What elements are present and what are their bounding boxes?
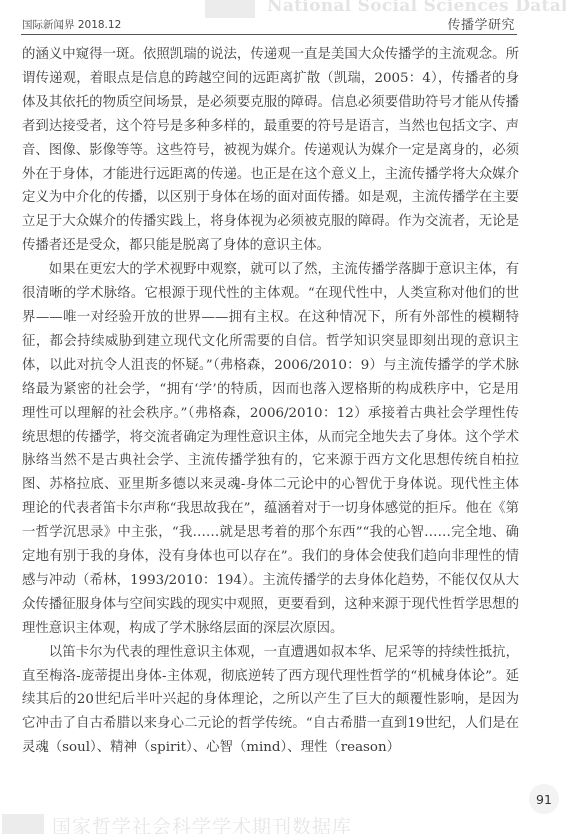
paragraph-2: 如果在更宏大的学术视野中观察，就可以了然，主流传播学落脚于意识主体，有很清晰的学… (22, 258, 519, 641)
watermark-bottom: 国家哲学社会科学学术期刊数据库 (0, 812, 400, 834)
watermark-logo-icon (2, 814, 44, 834)
section-title: 传播学研究 (447, 14, 515, 33)
journal-issue: 国际新闻界 2018.12 (22, 17, 121, 32)
running-header: 国际新闻界 2018.12 传播学研究 (21, 14, 517, 35)
page-number: 91 (529, 784, 559, 814)
paragraph-3: 以笛卡尔为代表的理性意识主体观，一直遭遇如叔本华、尼采等的持续性抵抗，直至梅洛-… (22, 641, 519, 761)
watermark-bottom-text: 国家哲学社会科学学术期刊数据库 (52, 812, 352, 834)
paragraph-1: 的涵义中窥得一斑。依照凯瑞的说法，传递观一直是美国大众传播学的主流观念。所谓传递… (22, 43, 519, 258)
article-body: 的涵义中窥得一斑。依照凯瑞的说法，传递观一直是美国大众传播学的主流观念。所谓传递… (22, 43, 519, 760)
